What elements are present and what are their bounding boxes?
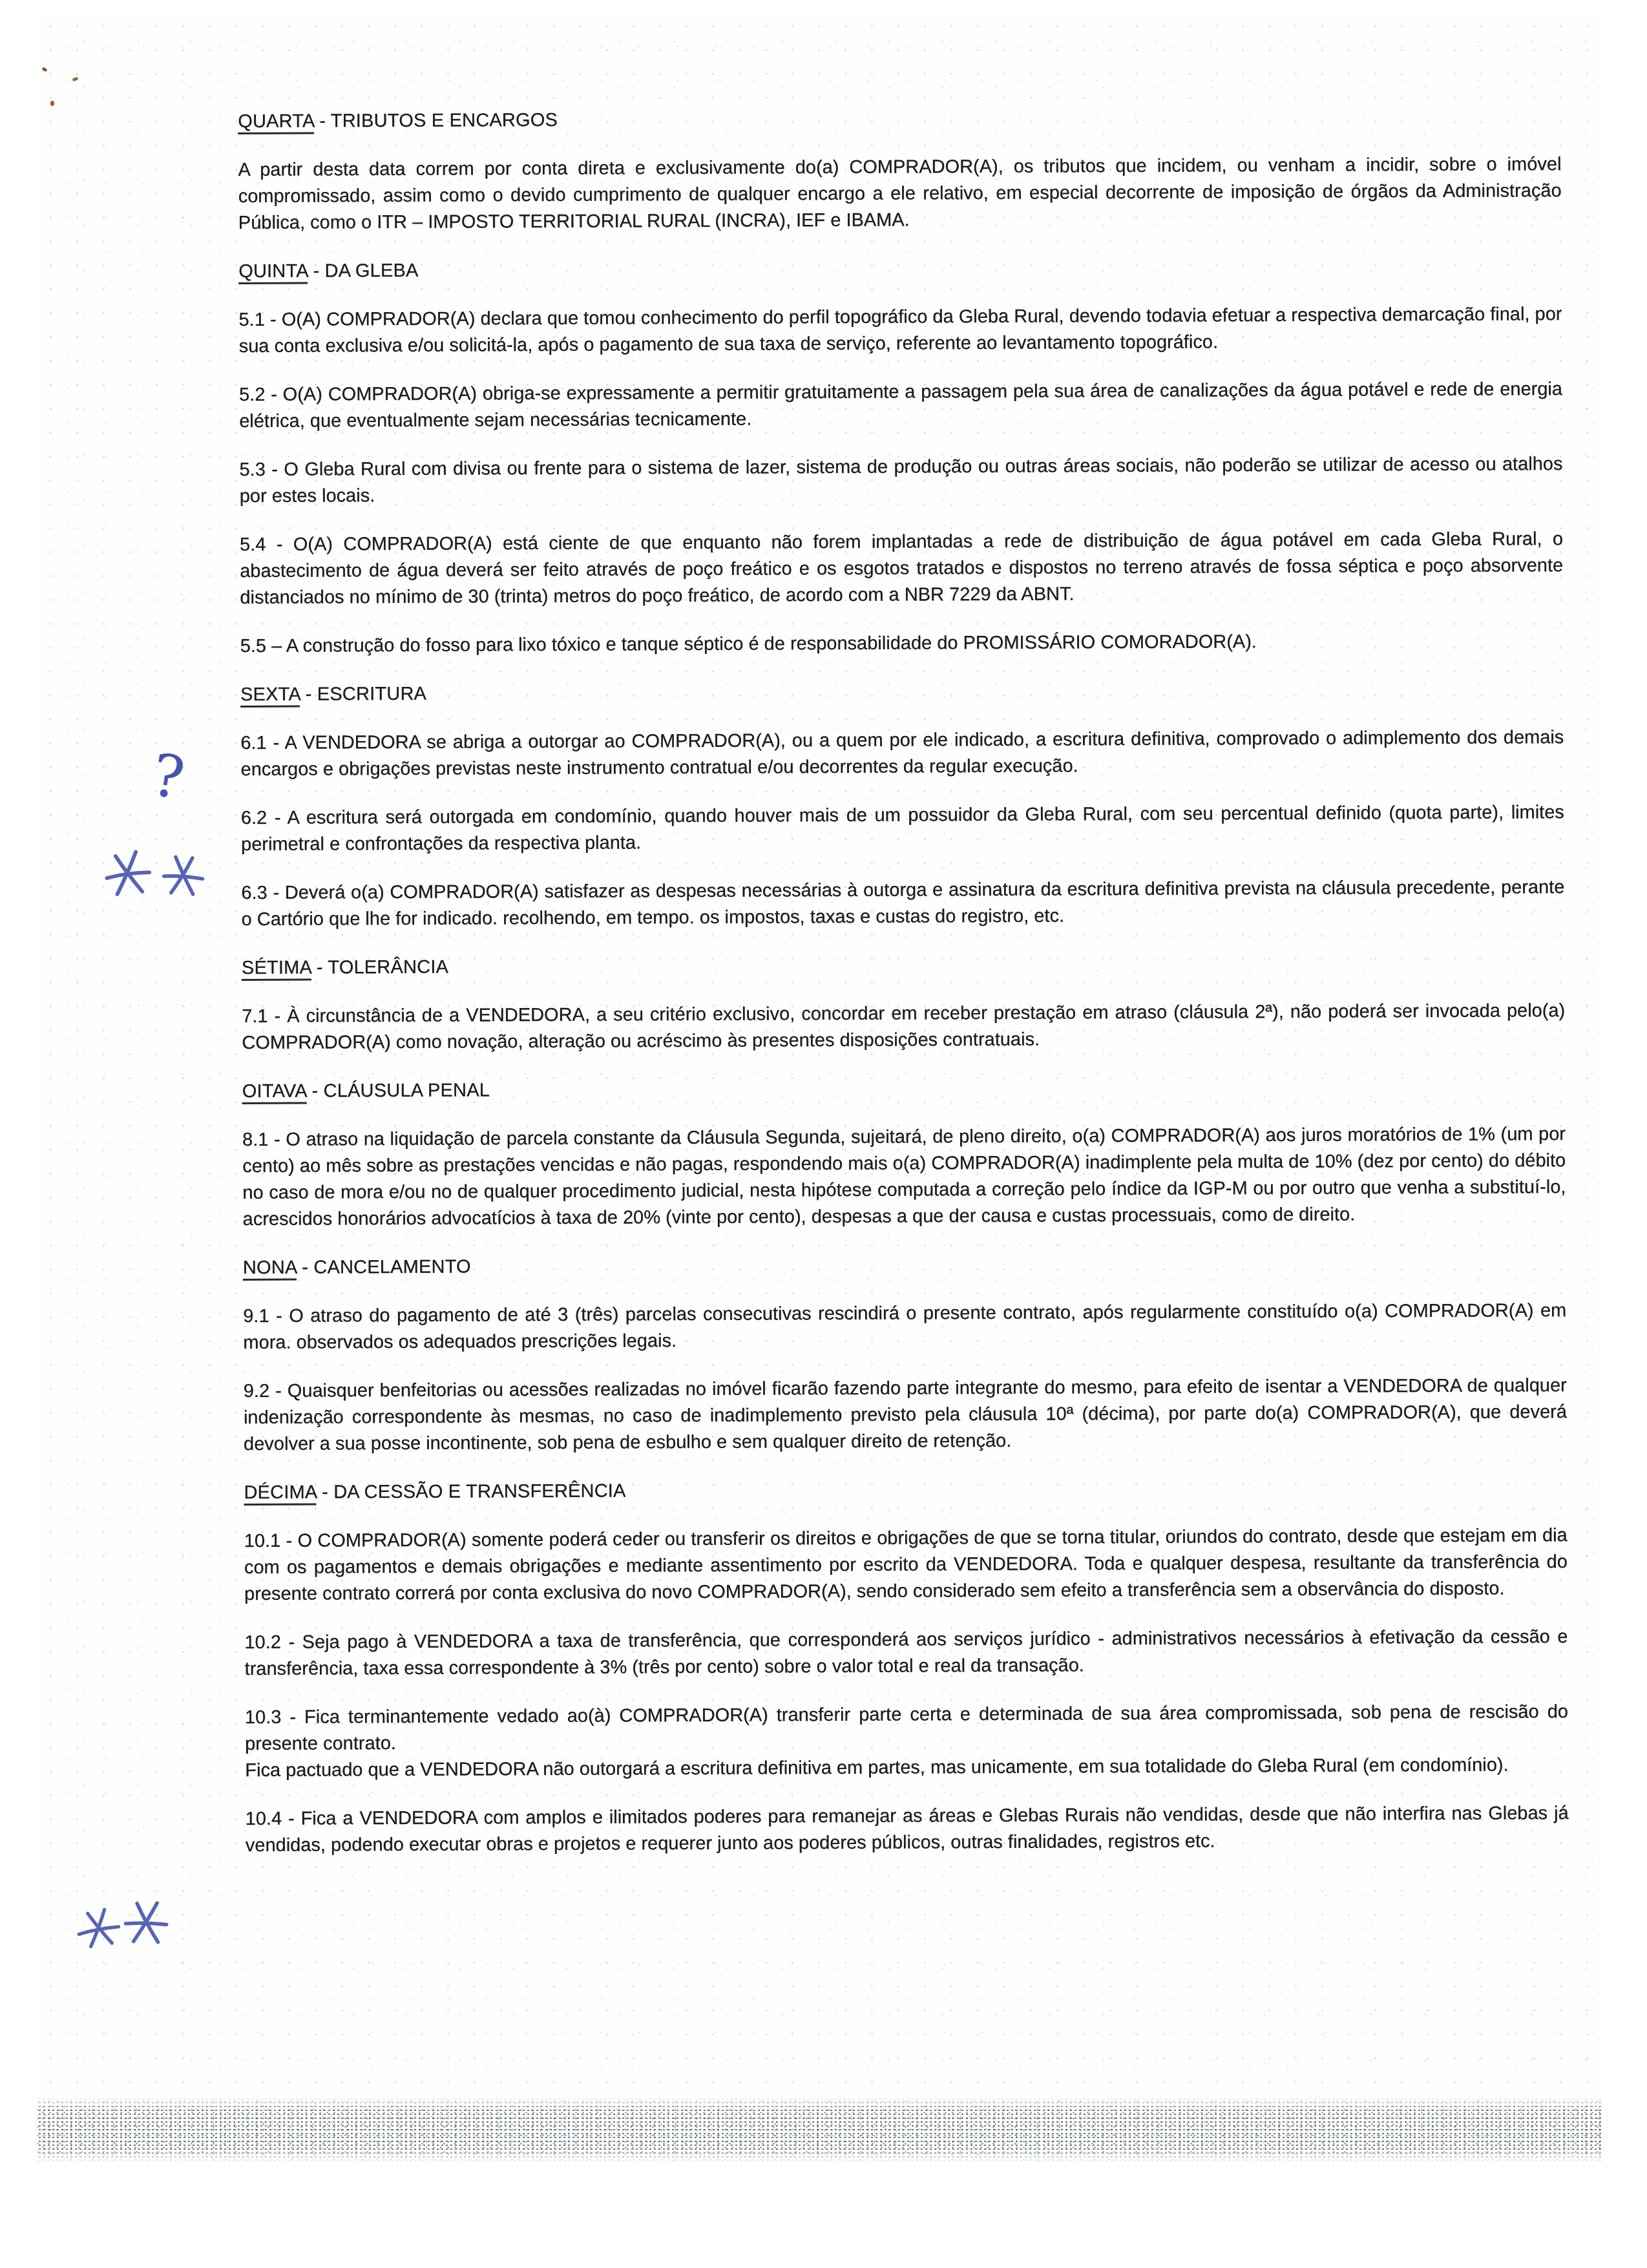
heading-word: OITAVA [242,1081,307,1104]
heading-text: - DA GLEBA [308,260,419,282]
section-quinta: QUINTA - DA GLEBA 5.1 - O(A) COMPRADOR(A… [238,253,1564,660]
scan-speck [50,101,54,106]
section-setima: SÉTIMA - TOLERÂNCIA 7.1 - À circunstânci… [242,949,1566,1056]
heading-text: - ESCRITURA [300,684,426,705]
heading-word: NONA [243,1257,297,1281]
handwritten-asterisk-icon [124,1900,169,1945]
section-quarta: QUARTA - TRIBUTOS E ENCARGOS A partir de… [238,103,1562,236]
heading-setima: SÉTIMA - TOLERÂNCIA [242,949,1565,982]
handwritten-question-mark: ? [147,741,189,813]
heading-text: - DA CESSÃO E TRANSFERÊNCIA [317,1480,626,1502]
clause-4-intro: A partir desta data correm por conta dir… [238,151,1562,236]
scan-noise-band [37,2097,1602,2163]
heading-word: SEXTA [240,684,300,708]
contract-text-block: QUARTA - TRIBUTOS E ENCARGOS A partir de… [238,103,1569,1881]
scan-speck [41,67,47,72]
clause-10-2: 10.2 - Seja pago à VENDEDORA a taxa de t… [244,1624,1568,1683]
clause-6-1: 6.1 - A VENDEDORA se abriga a outorgar a… [240,724,1564,783]
clause-9-1: 9.1 - O atraso do pagamento de até 3 (tr… [243,1297,1566,1356]
clause-6-3: 6.3 - Deverá o(a) COMPRADOR(A) satisfaze… [241,874,1564,933]
heading-sexta: SEXTA - ESCRITURA [240,676,1564,708]
clause-10-3: 10.3 - Fica terminantemente vedado ao(à)… [245,1699,1569,1784]
heading-quinta: QUINTA - DA GLEBA [238,253,1562,285]
heading-decima: DÉCIMA - DA CESSÃO E TRANSFERÊNCIA [244,1474,1567,1506]
clause-6-2: 6.2 - A escritura será outorgada em cond… [241,799,1564,858]
handwritten-asterisk-icon [105,849,151,897]
scanned-contract-page: QUARTA - TRIBUTOS E ENCARGOS A partir de… [37,14,1602,2166]
handwritten-asterisk-icon [162,853,205,898]
heading-word: DÉCIMA [244,1482,317,1505]
clause-7-1: 7.1 - À circunstância de a VENDEDORA, a … [242,998,1565,1056]
heading-word: QUINTA [238,261,308,284]
clause-5-3: 5.3 - O Gleba Rural com divisa ou frente… [239,451,1562,510]
heading-text: - CLÁUSULA PENAL [306,1080,490,1101]
clause-8-1: 8.1 - O atraso na liquidação de parcela … [242,1121,1566,1233]
heading-oitava: OITAVA - CLÁUSULA PENAL [242,1073,1566,1105]
section-oitava: OITAVA - CLÁUSULA PENAL 8.1 - O atraso n… [242,1073,1566,1233]
clause-5-2: 5.2 - O(A) COMPRADOR(A) obriga-se expres… [239,376,1562,435]
section-decima: DÉCIMA - DA CESSÃO E TRANSFERÊNCIA 10.1 … [244,1474,1569,1859]
section-nona: NONA - CANCELAMENTO 9.1 - O atraso do pa… [243,1249,1567,1458]
clause-5-1: 5.1 - O(A) COMPRADOR(A) declara que tomo… [238,301,1562,360]
heading-text: - TRIBUTOS E ENCARGOS [314,110,558,132]
handwritten-asterisk-icon [75,1906,123,1949]
heading-text: - CANCELAMENTO [297,1256,471,1277]
clause-10-1: 10.1 - O COMPRADOR(A) somente poderá ced… [244,1522,1568,1608]
heading-nona: NONA - CANCELAMENTO [243,1249,1566,1281]
heading-word: SÉTIMA [242,958,311,981]
clause-9-2: 9.2 - Quaisquer benfeitorias ou acessões… [244,1372,1568,1458]
section-sexta: SEXTA - ESCRITURA 6.1 - A VENDEDORA se a… [240,676,1565,933]
heading-text: - TOLERÂNCIA [311,957,448,978]
heading-quarta: QUARTA - TRIBUTOS E ENCARGOS [238,103,1561,135]
clause-5-4: 5.4 - O(A) COMPRADOR(A) está ciente de q… [240,526,1564,611]
heading-word: QUARTA [238,110,314,134]
clause-10-4: 10.4 - Fica a VENDEDORA com amplos e ili… [245,1800,1568,1859]
scan-speck [72,77,78,82]
clause-5-5: 5.5 – A construção do fosso para lixo tó… [240,627,1564,660]
